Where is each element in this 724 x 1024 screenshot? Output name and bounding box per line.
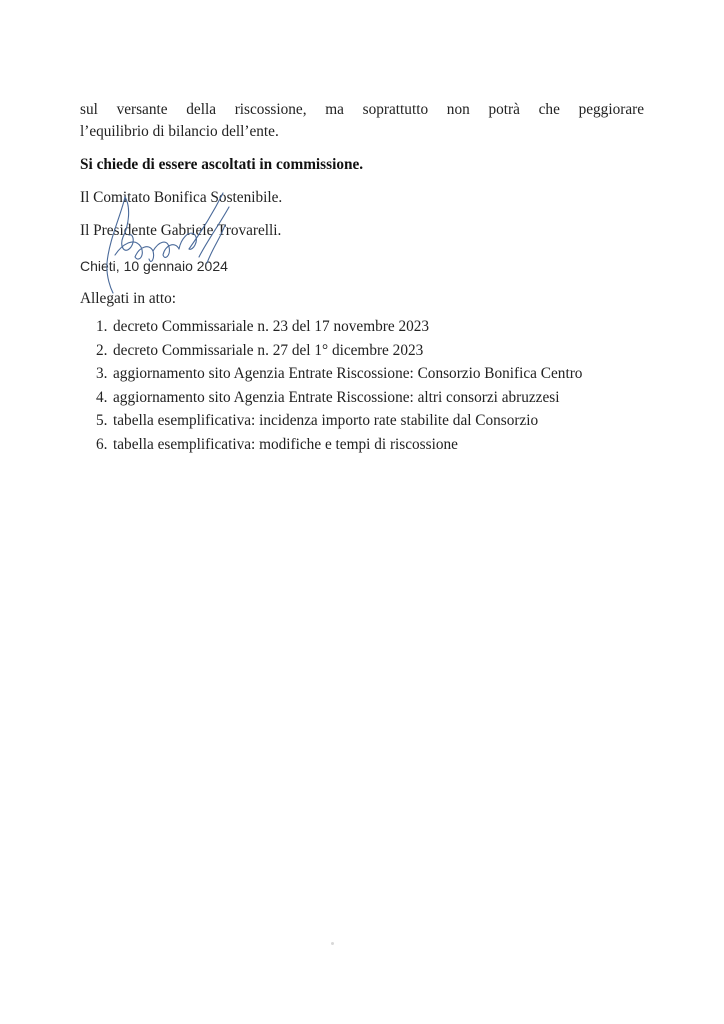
- document-page: sul versante della riscossione, ma sopra…: [0, 0, 724, 1024]
- list-item: 3.aggiornamento sito Agenzia Entrate Ris…: [96, 364, 582, 388]
- list-item-text: decreto Commissariale n. 27 del 1° dicem…: [113, 341, 423, 365]
- list-number: 4.: [96, 388, 113, 412]
- place-date: Chieti, 10 gennaio 2024: [80, 257, 228, 275]
- list-item: 2.decreto Commissariale n. 27 del 1° dic…: [96, 341, 582, 365]
- attachments-list: 1.decreto Commissariale n. 23 del 17 nov…: [96, 317, 582, 459]
- committee-name: Il Comitato Bonifica Sostenibile.: [80, 189, 282, 207]
- paragraph-line-1: sul versante della riscossione, ma sopra…: [80, 101, 644, 119]
- attachments-heading: Allegati in atto:: [80, 290, 176, 308]
- president-name: Il Presidente Gabriele Trovarelli.: [80, 222, 281, 240]
- list-item: 5.tabella esemplificativa: incidenza imp…: [96, 411, 582, 435]
- list-number: 6.: [96, 435, 113, 459]
- paragraph-line-2: l’equilibrio di bilancio dell’ente.: [80, 123, 279, 141]
- list-item-text: decreto Commissariale n. 23 del 17 novem…: [113, 317, 429, 341]
- list-item: 6.tabella esemplificativa: modifiche e t…: [96, 435, 582, 459]
- list-item: 4.aggiornamento sito Agenzia Entrate Ris…: [96, 388, 582, 412]
- list-number: 5.: [96, 411, 113, 435]
- list-item-text: tabella esemplificativa: incidenza impor…: [113, 411, 538, 435]
- list-number: 1.: [96, 317, 113, 341]
- request-statement: Si chiede di essere ascoltati in commiss…: [80, 156, 363, 174]
- list-number: 2.: [96, 341, 113, 365]
- list-item-text: tabella esemplificativa: modifiche e tem…: [113, 435, 458, 459]
- scan-speck: [331, 942, 334, 945]
- list-number: 3.: [96, 364, 113, 388]
- list-item-text: aggiornamento sito Agenzia Entrate Risco…: [113, 388, 559, 412]
- list-item-text: aggiornamento sito Agenzia Entrate Risco…: [113, 364, 582, 388]
- list-item: 1.decreto Commissariale n. 23 del 17 nov…: [96, 317, 582, 341]
